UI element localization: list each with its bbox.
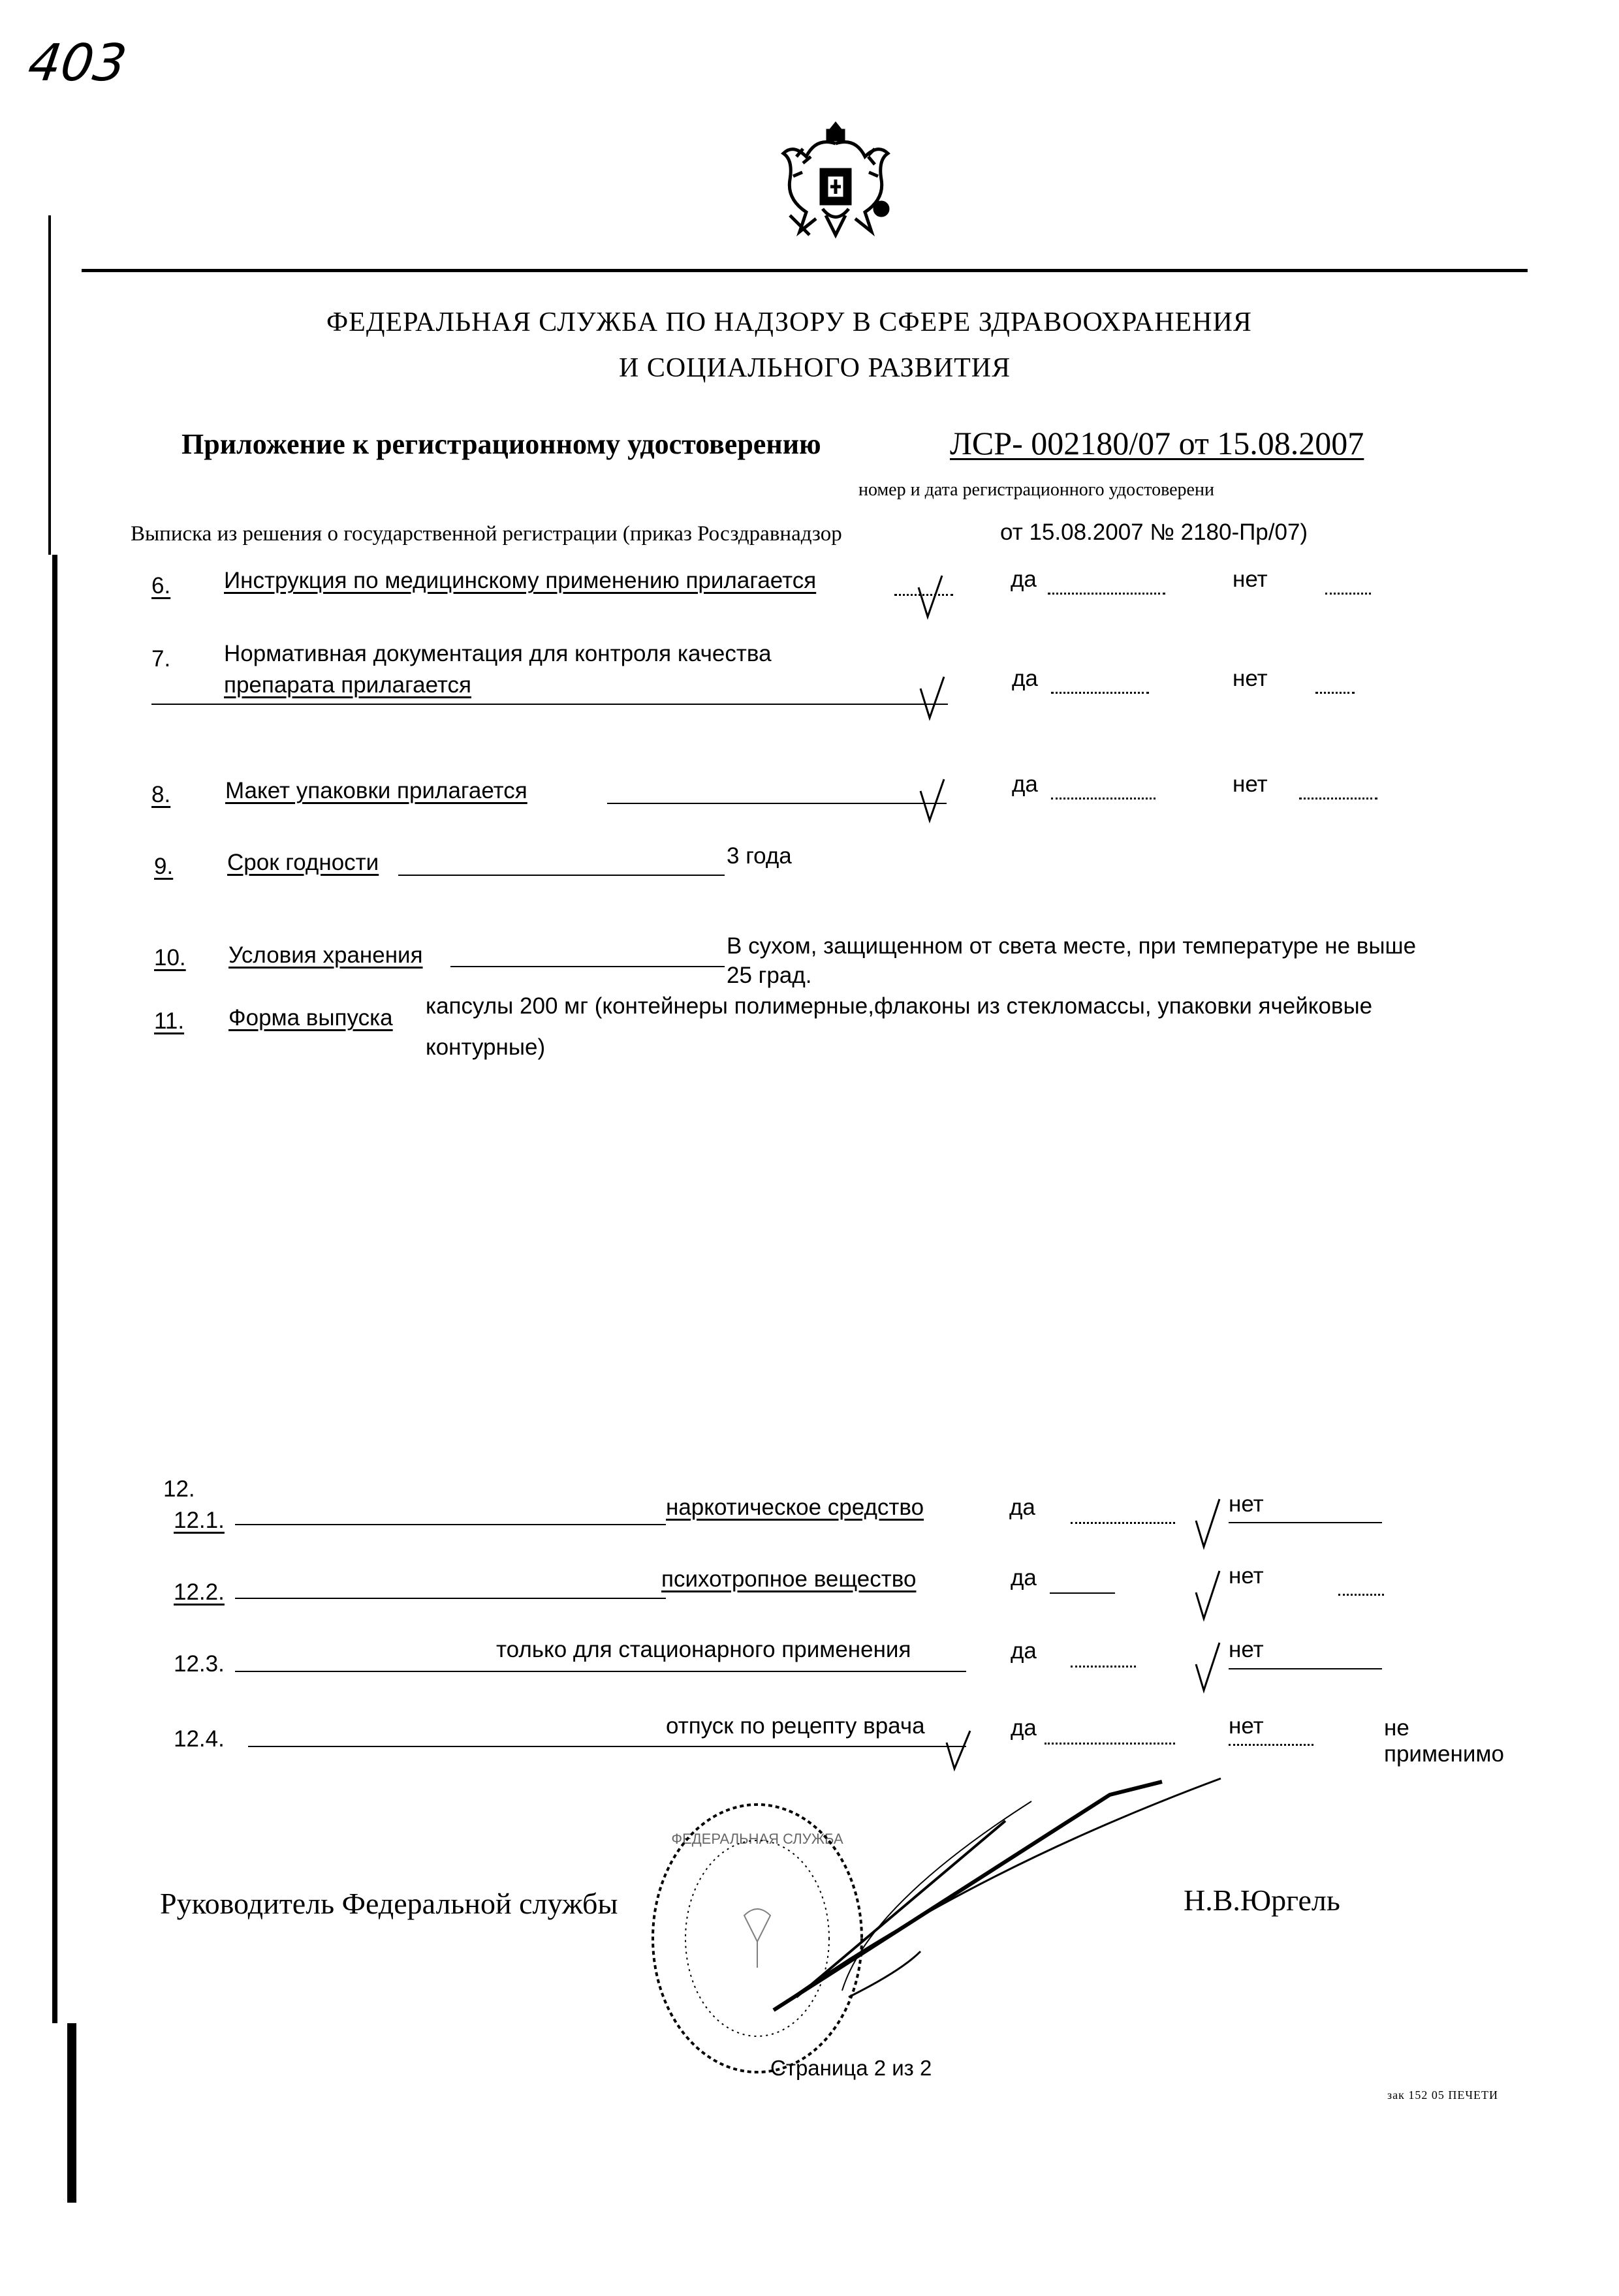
item-12-3-yes-option[interactable]: да [1011,1638,1037,1664]
item-12-1-yes-option[interactable]: да [1009,1495,1035,1521]
item-9-value: 3 года [727,843,792,869]
binding-edge-line [48,215,51,555]
handwritten-signature [770,1775,1227,2023]
item-12-2-yes-option[interactable]: да [1011,1565,1037,1591]
item-12-4-leader [248,1746,966,1747]
item-9-number: 9. [154,854,173,880]
item-7-checkmark-icon [919,675,945,721]
header-rule [82,269,1528,272]
item-9-label: Срок годности [227,850,379,876]
item-6-no-line [1325,593,1371,595]
item-8-checkmark-icon [919,778,945,824]
registration-number-date: ЛСР- 002180/07 от 15.08.2007 [950,424,1364,462]
item-8-yes-line [1051,798,1155,799]
item-12-2-label: психотропное вещество [661,1566,916,1592]
item-6-no-option[interactable]: нет [1233,566,1268,593]
item-12-1-leader [235,1524,666,1525]
item-12-4-not-applicable-line2: применимо [1384,1741,1504,1767]
item-12-3-number: 12.3. [174,1651,225,1677]
item-12-3-no-line [1229,1668,1382,1669]
item-12-2-leader [235,1598,666,1599]
item-12-4-no-line [1229,1744,1313,1746]
item-12-2-number: 12.2. [174,1579,225,1606]
item-12-4-no-option[interactable]: нет [1229,1713,1264,1739]
item-11-value-line2: контурные) [426,1034,545,1061]
item-8-yes-option[interactable]: да [1012,771,1038,798]
item-7-yes-option[interactable]: да [1012,666,1038,692]
item-8-no-line [1299,798,1377,799]
item-7-number: 7. [151,646,170,672]
item-12-2-no-line [1338,1594,1384,1596]
item-8-label: Макет упаковки прилагается [225,778,527,804]
item-6-checkmark-icon [917,574,943,620]
item-12-2-yes-line [1050,1592,1115,1594]
item-12-1-label: наркотическое средство [666,1495,924,1521]
item-12-4-yes-line [1045,1743,1175,1745]
item-11-label: Форма выпуска [228,1005,393,1031]
item-6-yes-line [1048,593,1165,595]
item-7-label-line1: Нормативная документация для контроля ка… [224,641,772,667]
russian-emblem-icon [777,117,894,241]
item-12-1-yes-line [1071,1522,1175,1524]
form-code: зак 152 05 ПЕЧЕТИ [1387,2088,1498,2102]
item-12-2-no-option[interactable]: нет [1229,1563,1264,1589]
item-8-leader [607,803,947,804]
item-12-2-checkmark-icon [1195,1570,1221,1622]
appendix-label: Приложение к регистрационному удостовере… [181,427,821,461]
item-12-3-leader [235,1671,966,1672]
agency-name-line2: И СОЦИАЛЬНОГО РАЗВИТИЯ [619,352,1011,384]
item-11-value-line1: капсулы 200 мг (контейнеры полимерные,фл… [426,993,1372,1019]
item-12-3-checkmark-icon [1195,1641,1221,1694]
item-7-leader [151,704,948,705]
item-12-4-label: отпуск по рецепту врача [666,1713,925,1739]
item-10-leader [450,966,725,967]
item-12-3-label: только для стационарного применения [496,1637,911,1663]
item-12-4-not-applicable-line1: не [1384,1715,1409,1741]
item-7-no-line [1315,692,1355,694]
extract-label: Выписка из решения о государственной рег… [131,522,842,546]
item-10-value-line2: 25 град. [727,963,812,989]
item-10-label: Условия хранения [228,942,423,969]
item-7-label-line2: препарата прилагается [224,672,471,698]
page-indicator: Страница 2 из 2 [770,2056,932,2081]
item-12-4-checkmark-icon [945,1730,971,1772]
binding-edge-line-thick [52,555,57,2023]
item-12-3-yes-line [1071,1666,1136,1668]
item-6-yes-option[interactable]: да [1011,566,1037,593]
item-7-no-option[interactable]: нет [1233,666,1268,692]
handwritten-page-number: 403 [25,34,131,93]
item-9-leader [398,875,725,876]
item-12-1-no-option[interactable]: нет [1229,1491,1264,1517]
item-8-no-option[interactable]: нет [1233,771,1268,798]
signatory-name: Н.В.Юргель [1184,1883,1340,1917]
registration-caption: номер и дата регистрационного удостовере… [858,480,1214,501]
section-12-number: 12. [163,1476,195,1502]
signatory-title: Руководитель Федеральной службы [160,1886,618,1921]
binding-edge-line-bottom [67,2023,76,2203]
item-12-4-number: 12.4. [174,1726,225,1752]
item-12-3-no-option[interactable]: нет [1229,1637,1264,1663]
item-8-number: 8. [151,782,170,808]
item-6-number: 6. [151,573,170,599]
item-6-label: Инструкция по медицинскому применению пр… [224,568,816,594]
item-7-yes-line [1051,692,1149,694]
item-12-4-yes-option[interactable]: да [1011,1715,1037,1741]
item-12-1-number: 12.1. [174,1508,225,1534]
item-12-1-no-line [1229,1522,1382,1523]
item-10-value-line1: В сухом, защищенном от света месте, при … [727,933,1416,959]
item-12-1-checkmark-icon [1195,1498,1221,1550]
item-11-number: 11. [154,1008,184,1034]
extract-order: от 15.08.2007 № 2180-Пр/07) [1000,520,1308,546]
item-10-number: 10. [154,945,186,971]
agency-name-line1: ФЕДЕРАЛЬНАЯ СЛУЖБА ПО НАДЗОРУ В СФЕРЕ ЗД… [326,307,1252,338]
